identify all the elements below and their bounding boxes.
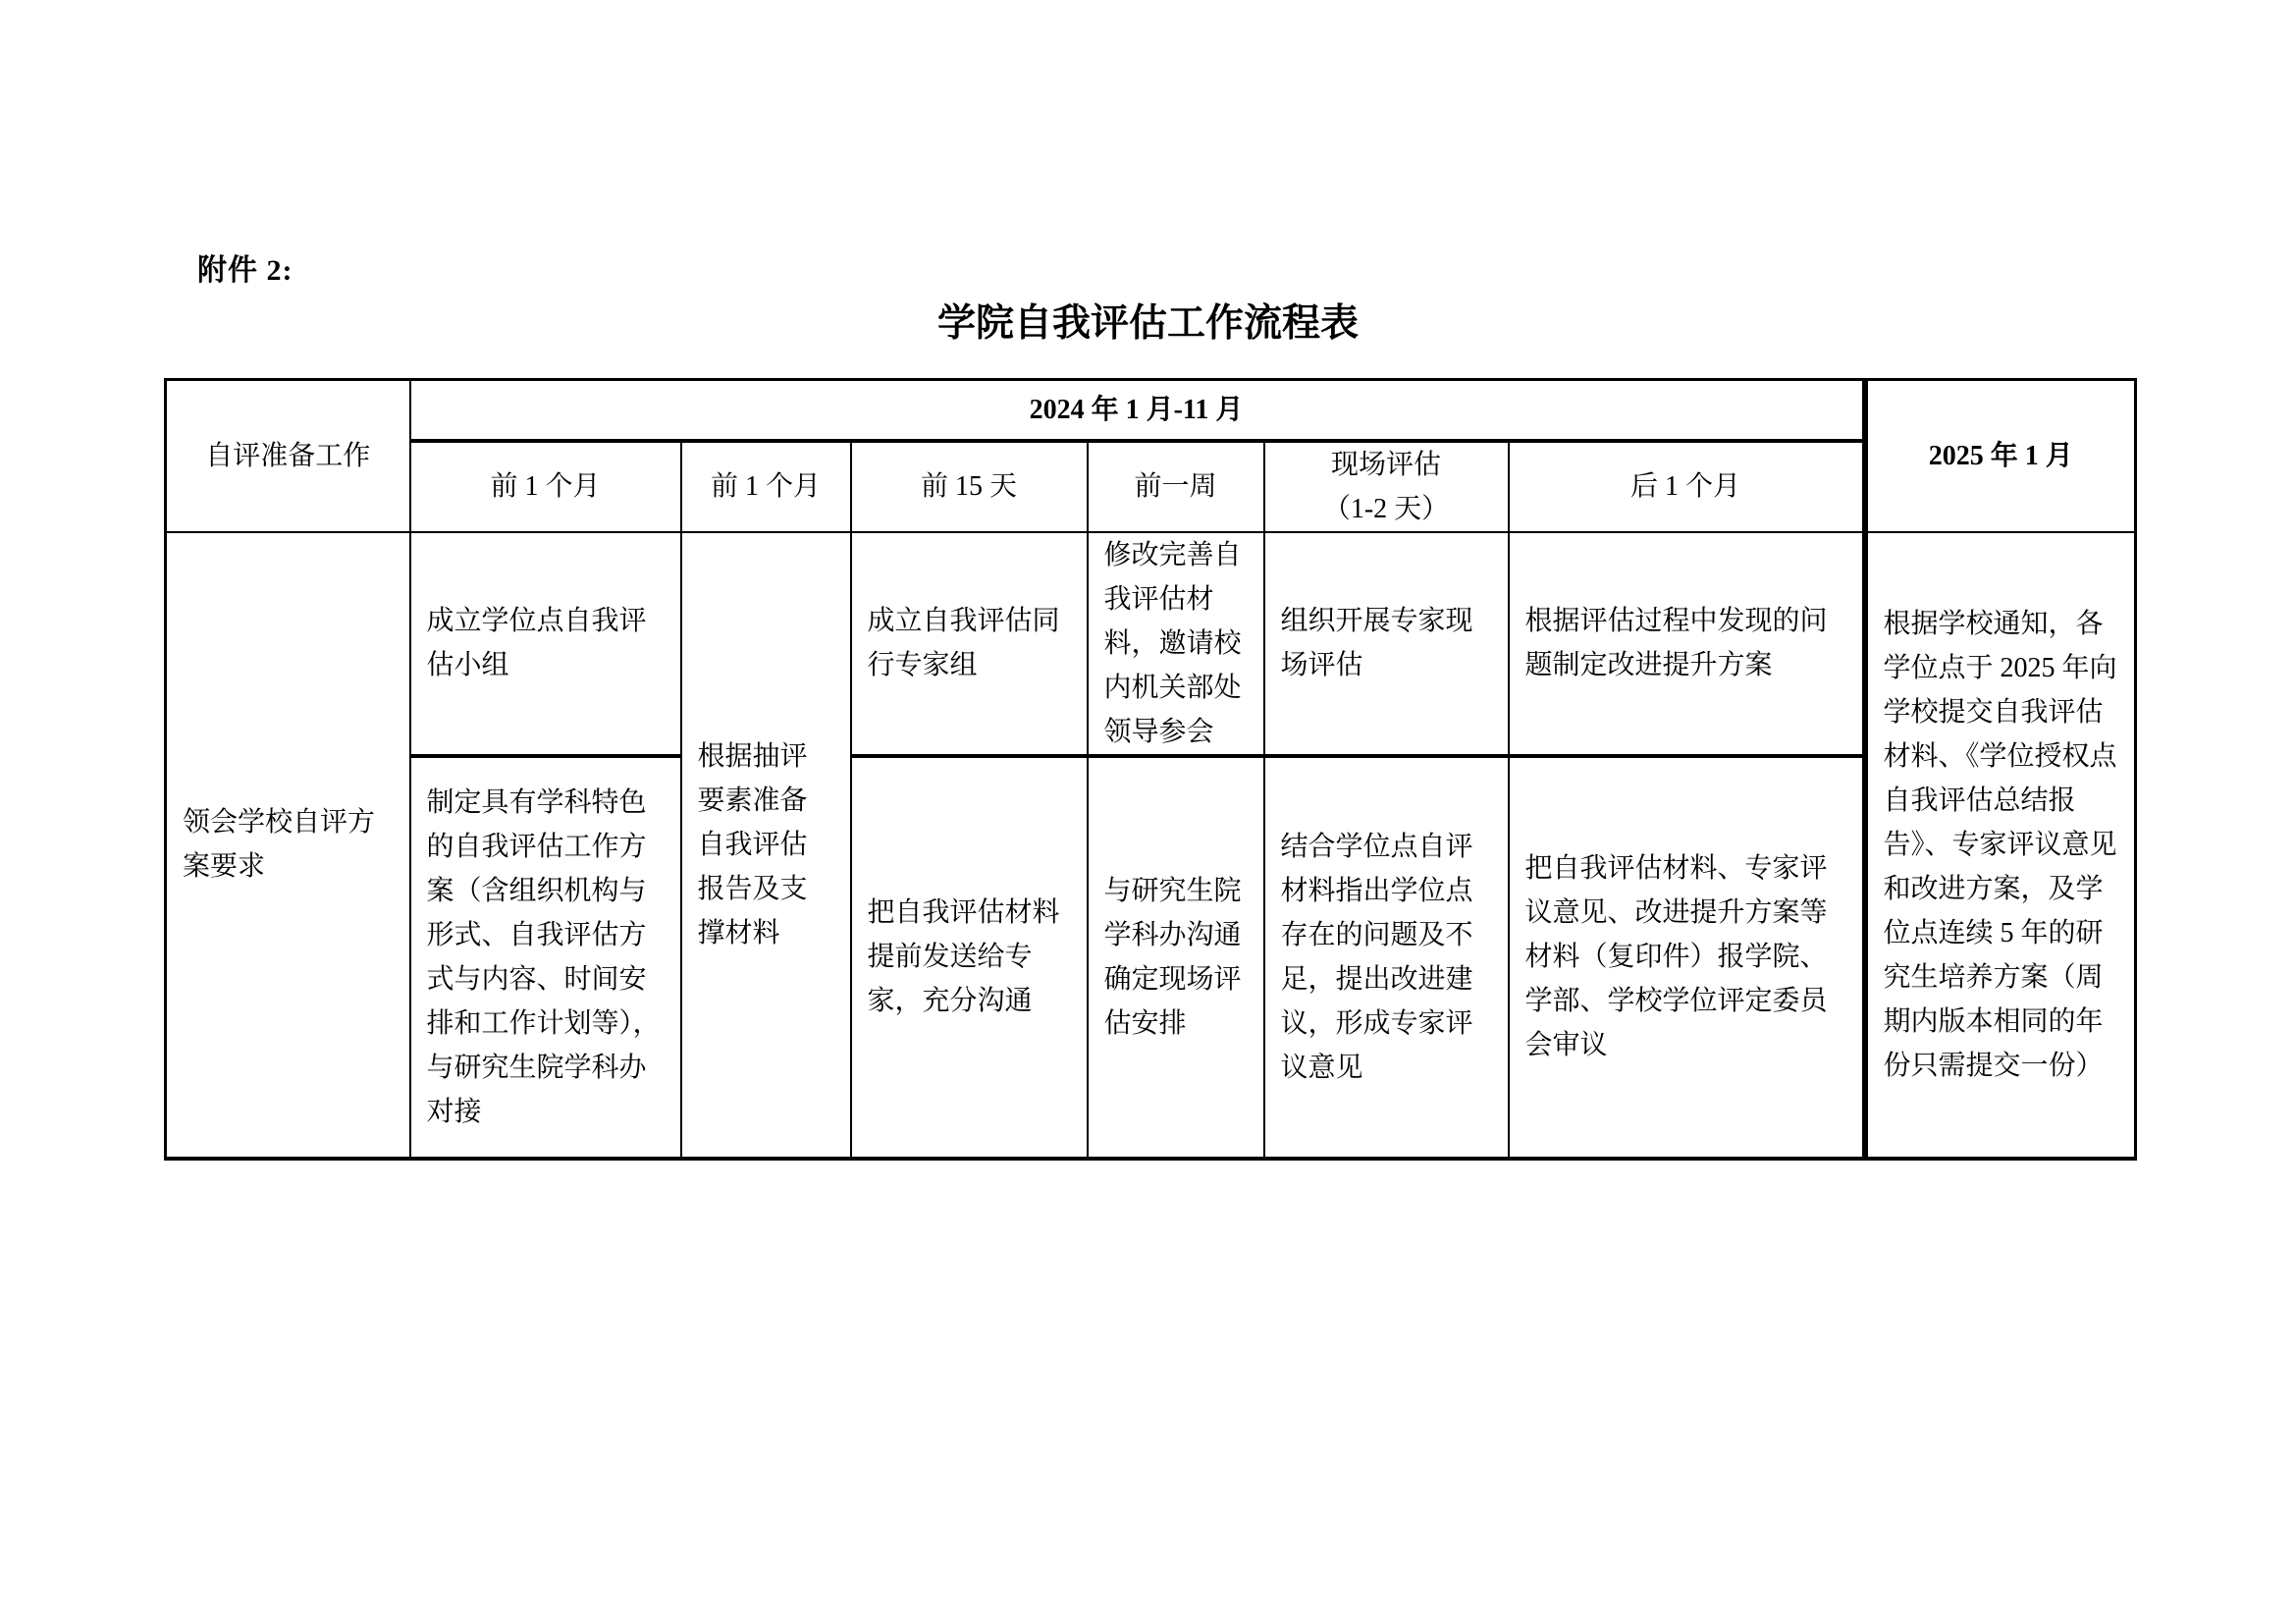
- column-header-prep-work: 自评准备工作: [166, 380, 410, 532]
- cell-onsite-bottom: 结合学位点自评材料指出学位点存在的问题及不足，提出改进建议，形成专家评议意见: [1264, 756, 1509, 1159]
- cell-after-1-month-bottom: 把自我评估材料、专家评议意见、改进提升方案等材料（复印件）报学院、学部、学校学位…: [1509, 756, 1865, 1159]
- column-header-front-1-month-b: 前 1 个月: [681, 441, 851, 532]
- cell-onsite-top: 组织开展专家现场评估: [1264, 532, 1509, 756]
- onsite-assessment-duration: （1-2 天）: [1281, 487, 1492, 531]
- column-header-period-2025: 2025 年 1 月: [1865, 380, 2136, 532]
- cell-front-15-days-top: 成立自我评估同行专家组: [851, 532, 1088, 756]
- cell-front-15-days-bottom: 把自我评估材料提前发送给专家，充分沟通: [851, 756, 1088, 1159]
- cell-after-1-month-top: 根据评估过程中发现的问题制定改进提升方案: [1509, 532, 1865, 756]
- cell-front-1-week-top: 修改完善自我评估材料，邀请校内机关部处领导参会: [1088, 532, 1264, 756]
- column-header-front-1-month-a: 前 1 个月: [410, 441, 681, 532]
- column-header-period-2024: 2024 年 1 月-11 月: [410, 380, 1865, 441]
- cell-front-1-month-b-span: 根据抽评要素准备自我评估报告及支撑材料: [681, 532, 851, 1159]
- column-header-front-1-week: 前一周: [1088, 441, 1264, 532]
- attachment-label: 附件 2:: [197, 245, 294, 289]
- column-header-front-15-days: 前 15 天: [851, 441, 1088, 532]
- column-header-after-1-month: 后 1 个月: [1509, 441, 1865, 532]
- page-title: 学院自我评估工作流程表: [0, 293, 2296, 348]
- row-label-understand-school-plan: 领会学校自评方案要求: [166, 532, 410, 1159]
- cell-front-1-month-a-top: 成立学位点自我评估小组: [410, 532, 681, 756]
- onsite-assessment-label: 现场评估: [1281, 443, 1492, 487]
- cell-jan-2025-span: 根据学校通知，各学位点于 2025 年向学校提交自我评估材料、《学位授权点自我评…: [1865, 532, 2136, 1159]
- column-header-onsite-assessment: 现场评估 （1-2 天）: [1264, 441, 1509, 532]
- cell-front-1-month-a-bottom: 制定具有学科特色的自我评估工作方案（含组织机构与形式、自我评估方式与内容、时间安…: [410, 756, 681, 1159]
- cell-front-1-week-bottom: 与研究生院学科办沟通确定现场评估安排: [1088, 756, 1264, 1159]
- document-page: 附件 2: 学院自我评估工作流程表 自评准备工作 2024 年 1 月-11 月…: [0, 0, 2296, 1624]
- self-assessment-process-table: 自评准备工作 2024 年 1 月-11 月 2025 年 1 月 前 1 个月…: [164, 378, 2137, 1161]
